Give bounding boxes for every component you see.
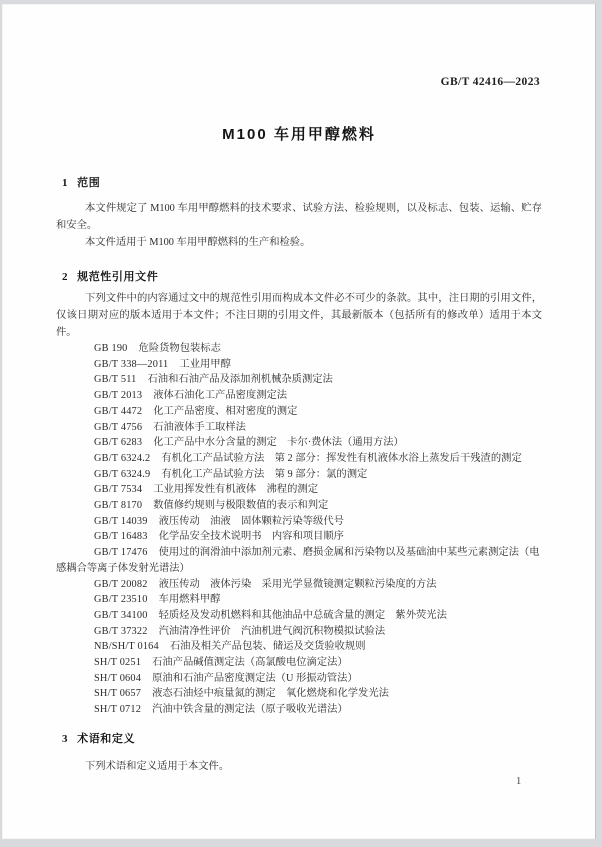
section-2-number: 2 — [62, 271, 68, 283]
reference-title: 液态石油烃中痕量氮的测定 氧化燃烧和化学发光法 — [152, 688, 389, 699]
reference-item: GB/T 20082液压传动 液体污染 采用光学显微镜测定颗粒污染度的方法 — [56, 577, 542, 593]
reference-title: 工业用挥发性有机液体 沸程的测定 — [153, 484, 318, 495]
reference-code: GB/T 6283 — [94, 437, 142, 448]
section-1-number: 1 — [62, 177, 68, 189]
reference-code: GB/T 7534 — [94, 484, 142, 495]
reference-item: GB/T 6324.9有机化工产品试验方法 第 9 部分：氯的测定 — [56, 467, 542, 483]
section-1-heading: 1范围 — [62, 174, 100, 190]
reference-code: GB/T 20082 — [94, 579, 148, 590]
document-title: M100 车用甲醇燃料 — [2, 123, 596, 144]
reference-code: GB/T 34100 — [94, 610, 148, 621]
reference-code: SH/T 0657 — [94, 688, 141, 699]
reference-title: 液压传动 油液 固体颗粒污染等级代号 — [159, 516, 344, 527]
reference-item: GB/T 338—2011工业用甲醇 — [56, 357, 542, 373]
reference-item: GB/T 23510车用燃料甲醇 — [56, 592, 542, 608]
reference-title: 化工产品密度、相对密度的测定 — [153, 406, 297, 417]
reference-code: GB/T 14039 — [94, 516, 148, 527]
reference-code: NB/SH/T 0164 — [94, 641, 159, 652]
section-2-heading: 2规范性引用文件 — [62, 268, 158, 284]
reference-item: GB/T 4756石油液体手工取样法 — [56, 420, 542, 436]
reference-item: GB/T 37322汽油清净性评价 汽油机进气阀沉积物模拟试验法 — [56, 624, 542, 640]
reference-title: 化学品安全技术说明书 内容和项目顺序 — [159, 531, 344, 542]
reference-code: GB/T 4756 — [94, 422, 142, 433]
reference-code: GB/T 23510 — [94, 594, 148, 605]
reference-code: GB/T 8170 — [94, 500, 142, 511]
reference-item: GB/T 8170数值修约规则与极限数值的表示和判定 — [56, 498, 542, 514]
normative-references-list: GB 190危险货物包装标志 GB/T 338—2011工业用甲醇 GB/T 5… — [56, 341, 542, 718]
section-2-title: 规范性引用文件 — [77, 271, 158, 283]
reference-code: SH/T 0251 — [94, 657, 141, 668]
reference-code: GB/T 2013 — [94, 390, 142, 401]
section-1-title: 范围 — [77, 177, 100, 189]
reference-item: GB/T 16483化学品安全技术说明书 内容和项目顺序 — [56, 529, 542, 545]
reference-code: GB/T 37322 — [94, 626, 148, 637]
reference-item: SH/T 0657液态石油烃中痕量氮的测定 氧化燃烧和化学发光法 — [56, 686, 542, 702]
section-3-body: 下列术语和定义适用于本文件。 — [56, 758, 542, 775]
reference-item: GB/T 4472化工产品密度、相对密度的测定 — [56, 404, 542, 420]
applicability-paragraph: 本文件适用于 M100 车用甲醇燃料的生产和检验。 — [56, 234, 542, 251]
reference-item: SH/T 0712汽油中铁含量的测定法（原子吸收光谱法） — [56, 702, 542, 718]
reference-item: GB/T 17476使用过的润滑油中添加剂元素、磨损金属和污染物以及基础油中某些… — [56, 545, 542, 576]
reference-code: GB/T 6324.2 — [94, 453, 150, 464]
standard-number-header: GB/T 42416—2023 — [441, 76, 540, 88]
reference-title: 数值修约规则与极限数值的表示和判定 — [153, 500, 328, 511]
reference-item: GB/T 511石油和石油产品及添加剂机械杂质测定法 — [56, 372, 542, 388]
scope-paragraph: 本文件规定了 M100 车用甲醇燃料的技术要求、试验方法、检验规则，以及标志、包… — [56, 200, 542, 234]
reference-item: GB/T 2013液体石油化工产品密度测定法 — [56, 388, 542, 404]
reference-title: 车用燃料甲醇 — [159, 594, 221, 605]
terms-intro-paragraph: 下列术语和定义适用于本文件。 — [56, 758, 542, 775]
reference-title: 液体石油化工产品密度测定法 — [153, 390, 287, 401]
reference-title: 液压传动 液体污染 采用光学显微镜测定颗粒污染度的方法 — [159, 579, 437, 590]
reference-item: GB/T 14039液压传动 油液 固体颗粒污染等级代号 — [56, 514, 542, 530]
reference-code: SH/T 0712 — [94, 704, 141, 715]
reference-code: GB/T 4472 — [94, 406, 142, 417]
reference-code: GB/T 511 — [94, 374, 137, 385]
reference-title: 石油产品碱值测定法（高氯酸电位滴定法） — [152, 657, 348, 668]
reference-item: GB/T 34100轻质烃及发动机燃料和其他油品中总硫含量的测定 紫外荧光法 — [56, 608, 542, 624]
reference-item: GB/T 6324.2有机化工产品试验方法 第 2 部分：挥发性有机液体水浴上蒸… — [56, 451, 542, 467]
references-intro-paragraph: 下列文件中的内容通过文中的规范性引用而构成本文件必不可少的条款。其中，注日期的引… — [56, 290, 542, 341]
reference-title: 原油和石油产品密度测定法（U 形振动管法） — [152, 673, 358, 684]
reference-code: SH/T 0604 — [94, 673, 141, 684]
section-3-heading: 3术语和定义 — [62, 730, 135, 746]
reference-title: 有机化工产品试验方法 第 2 部分：挥发性有机液体水浴上蒸发后干残渣的测定 — [161, 453, 521, 464]
reference-title: 工业用甲醇 — [179, 359, 230, 370]
reference-title: 危险货物包装标志 — [139, 343, 221, 354]
page-number: 1 — [516, 776, 521, 787]
reference-title: 石油及相关产品包装、储运及交货验收规则 — [170, 641, 366, 652]
reference-item: GB/T 6283化工产品中水分含量的测定 卡尔·费休法（通用方法） — [56, 435, 542, 451]
reference-title: 石油液体手工取样法 — [153, 422, 246, 433]
reference-title: 汽油中铁含量的测定法（原子吸收光谱法） — [152, 704, 348, 715]
reference-title: 化工产品中水分含量的测定 卡尔·费休法（通用方法） — [153, 437, 404, 448]
reference-item: SH/T 0251石油产品碱值测定法（高氯酸电位滴定法） — [56, 655, 542, 671]
section-1-body: 本文件规定了 M100 车用甲醇燃料的技术要求、试验方法、检验规则，以及标志、包… — [56, 200, 542, 251]
reference-item: GB/T 7534工业用挥发性有机液体 沸程的测定 — [56, 482, 542, 498]
reference-title: 石油和石油产品及添加剂机械杂质测定法 — [148, 374, 333, 385]
reference-item: SH/T 0604原油和石油产品密度测定法（U 形振动管法） — [56, 671, 542, 687]
section-3-number: 3 — [62, 733, 68, 745]
reference-code: GB 190 — [94, 343, 128, 354]
reference-code: GB/T 17476 — [94, 547, 148, 558]
section-3-title: 术语和定义 — [77, 733, 135, 745]
reference-title: 轻质烃及发动机燃料和其他油品中总硫含量的测定 紫外荧光法 — [159, 610, 447, 621]
reference-title: 有机化工产品试验方法 第 9 部分：氯的测定 — [161, 469, 367, 480]
reference-code: GB/T 6324.9 — [94, 469, 150, 480]
document-page: GB/T 42416—2023 M100 车用甲醇燃料 1范围 本文件规定了 M… — [2, 4, 596, 839]
normative-references-intro: 下列文件中的内容通过文中的规范性引用而构成本文件必不可少的条款。其中，注日期的引… — [56, 290, 542, 341]
reference-item: NB/SH/T 0164石油及相关产品包装、储运及交货验收规则 — [56, 639, 542, 655]
reference-code: GB/T 16483 — [94, 531, 148, 542]
reference-code: GB/T 338—2011 — [94, 359, 168, 370]
reference-item: GB 190危险货物包装标志 — [56, 341, 542, 357]
reference-title: 汽油清净性评价 汽油机进气阀沉积物模拟试验法 — [159, 626, 386, 637]
